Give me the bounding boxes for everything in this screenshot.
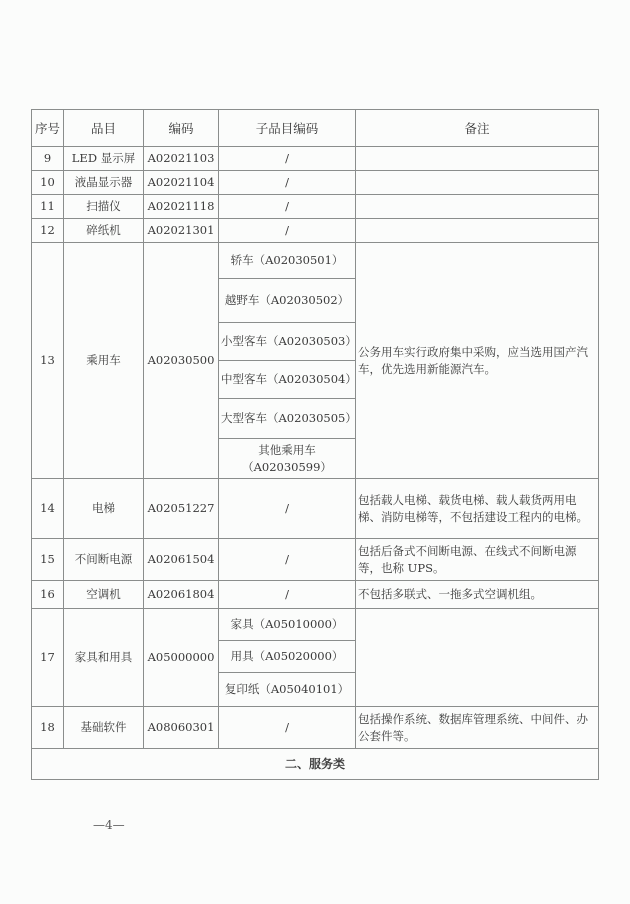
cell-item: 电梯 — [64, 479, 144, 539]
header-code: 编码 — [144, 110, 219, 147]
cell-no: 16 — [32, 581, 64, 609]
cell-item: 乘用车 — [64, 243, 144, 479]
cell-sub: / — [219, 171, 356, 195]
cell-code: A02061504 — [144, 539, 219, 581]
cell-sub: / — [219, 147, 356, 171]
cell-code: A02021301 — [144, 219, 219, 243]
cell-no: 12 — [32, 219, 64, 243]
cell-sub: 用具（A05020000） — [219, 641, 356, 673]
cell-code: A02051227 — [144, 479, 219, 539]
procurement-catalog-table: 序号 品目 编码 子品目编码 备注 9 LED 显示屏 A02021103 / … — [31, 109, 599, 780]
cell-item: LED 显示屏 — [64, 147, 144, 171]
cell-no: 11 — [32, 195, 64, 219]
table-header-row: 序号 品目 编码 子品目编码 备注 — [32, 110, 599, 147]
cell-item: 基础软件 — [64, 707, 144, 749]
cell-no: 10 — [32, 171, 64, 195]
header-sub-code: 子品目编码 — [219, 110, 356, 147]
cell-item: 空调机 — [64, 581, 144, 609]
cell-note — [356, 609, 599, 707]
cell-no: 9 — [32, 147, 64, 171]
cell-sub: 家具（A05010000） — [219, 609, 356, 641]
cell-no: 14 — [32, 479, 64, 539]
cell-sub: 越野车（A02030502） — [219, 279, 356, 323]
table-row: 18 基础软件 A08060301 / 包括操作系统、数据库管理系统、中间件、办… — [32, 707, 599, 749]
table-row: 11 扫描仪 A02021118 / — [32, 195, 599, 219]
cell-note: 包括载人电梯、载货电梯、载人载货两用电梯、消防电梯等，不包括建设工程内的电梯。 — [356, 479, 599, 539]
table-row: 16 空调机 A02061804 / 不包括多联式、一拖多式空调机组。 — [32, 581, 599, 609]
section-title: 二、服务类 — [32, 749, 599, 780]
cell-code: A02061804 — [144, 581, 219, 609]
section-header-row: 二、服务类 — [32, 749, 599, 780]
cell-no: 15 — [32, 539, 64, 581]
table-row: 9 LED 显示屏 A02021103 / — [32, 147, 599, 171]
cell-sub: 小型客车（A02030503） — [219, 323, 356, 361]
cell-item: 碎纸机 — [64, 219, 144, 243]
cell-code: A02030500 — [144, 243, 219, 479]
cell-note — [356, 219, 599, 243]
cell-note: 不包括多联式、一拖多式空调机组。 — [356, 581, 599, 609]
cell-sub: 复印纸（A05040101） — [219, 673, 356, 707]
table-row: 10 液晶显示器 A02021104 / — [32, 171, 599, 195]
cell-note — [356, 147, 599, 171]
cell-code: A02021118 — [144, 195, 219, 219]
cell-note — [356, 195, 599, 219]
cell-no: 18 — [32, 707, 64, 749]
cell-no: 17 — [32, 609, 64, 707]
cell-sub: / — [219, 479, 356, 539]
cell-note: 公务用车实行政府集中采购，应当选用国产汽车，优先选用新能源汽车。 — [356, 243, 599, 479]
cell-sub: 轿车（A02030501） — [219, 243, 356, 279]
header-item: 品目 — [64, 110, 144, 147]
cell-code: A02021103 — [144, 147, 219, 171]
cell-sub: / — [219, 219, 356, 243]
table-row: 15 不间断电源 A02061504 / 包括后备式不间断电源、在线式不间断电源… — [32, 539, 599, 581]
cell-item: 家具和用具 — [64, 609, 144, 707]
cell-note: 包括后备式不间断电源、在线式不间断电源等，也称 UPS。 — [356, 539, 599, 581]
cell-sub: 中型客车（A02030504） — [219, 361, 356, 399]
cell-item: 不间断电源 — [64, 539, 144, 581]
table-row: 17 家具和用具 A05000000 家具（A05010000） — [32, 609, 599, 641]
table-row: 14 电梯 A02051227 / 包括载人电梯、载货电梯、载人载货两用电梯、消… — [32, 479, 599, 539]
cell-code: A05000000 — [144, 609, 219, 707]
cell-sub: / — [219, 195, 356, 219]
cell-item: 液晶显示器 — [64, 171, 144, 195]
header-no: 序号 — [32, 110, 64, 147]
cell-sub: / — [219, 581, 356, 609]
cell-no: 13 — [32, 243, 64, 479]
cell-sub: / — [219, 539, 356, 581]
cell-item: 扫描仪 — [64, 195, 144, 219]
cell-sub: / — [219, 707, 356, 749]
table-row: 12 碎纸机 A02021301 / — [32, 219, 599, 243]
cell-note: 包括操作系统、数据库管理系统、中间件、办公套件等。 — [356, 707, 599, 749]
header-note: 备注 — [356, 110, 599, 147]
table-row: 13 乘用车 A02030500 轿车（A02030501） 公务用车实行政府集… — [32, 243, 599, 279]
cell-sub: 大型客车（A02030505） — [219, 399, 356, 439]
cell-code: A08060301 — [144, 707, 219, 749]
cell-sub: 其他乘用车（A02030599） — [219, 439, 356, 479]
cell-code: A02021104 — [144, 171, 219, 195]
cell-note — [356, 171, 599, 195]
page-number: —4— — [93, 818, 125, 832]
